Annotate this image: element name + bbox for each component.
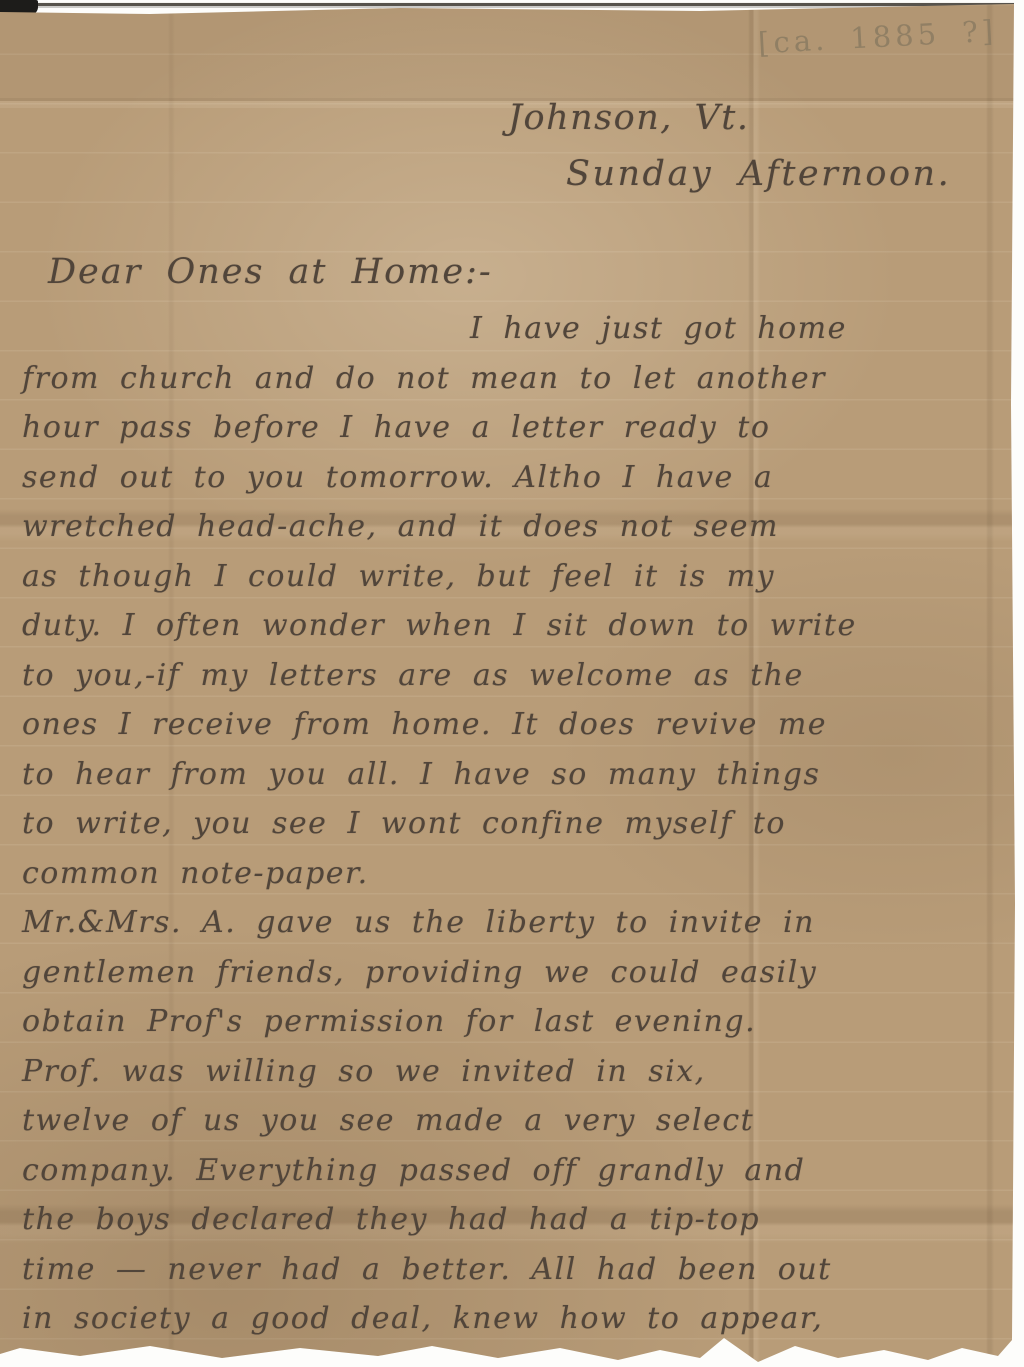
letter-place-line: Johnson, Vt. — [508, 98, 749, 138]
letter-line: twelve of us you see made a very select — [22, 1096, 1002, 1146]
letter-line: send out to you tomorrow. Altho I have a — [22, 453, 1002, 503]
letter-line: wretched head-ache, and it does not seem — [22, 502, 1002, 552]
letter-paper: [ca. 1885 ?] Johnson, Vt. Sunday Afterno… — [0, 4, 1018, 1367]
letter-line: to hear from you all. I have so many thi… — [22, 750, 1002, 800]
archival-date-annotation: [ca. 1885 ?] — [757, 14, 998, 60]
letter-line: as though I could write, but feel it is … — [22, 552, 1002, 602]
letter-line: the boys declared they had had a tip-top — [22, 1195, 1002, 1245]
letter-line: to write, you see I wont confine myself … — [22, 799, 1002, 849]
letter-line: Mr.&Mrs. A. gave us the liberty to invit… — [22, 898, 1002, 948]
letter-line: to you,-if my letters are as welcome as … — [22, 651, 1002, 701]
scanned-letter-page: [ca. 1885 ?] Johnson, Vt. Sunday Afterno… — [0, 0, 1024, 1367]
letter-body: I have just got home from church and do … — [22, 304, 1002, 1344]
letter-line: ones I receive from home. It does revive… — [22, 700, 1002, 750]
letter-line: gentlemen friends, providing we could ea… — [22, 948, 1002, 998]
letter-line: in society a good deal, knew how to appe… — [22, 1294, 1002, 1344]
letter-line: obtain Prof's permission for last evenin… — [22, 997, 1002, 1047]
letter-line: common note-paper. — [22, 849, 1002, 899]
letter-line: I have just got home — [22, 304, 1002, 354]
letter-date-line: Sunday Afternoon. — [566, 154, 951, 194]
letter-line: Prof. was willing so we invited in six, — [22, 1047, 1002, 1097]
letter-line: company. Everything passed off grandly a… — [22, 1146, 1002, 1196]
letter-line: time — never had a better. All had been … — [22, 1245, 1002, 1295]
letter-salutation: Dear Ones at Home:- — [48, 252, 493, 292]
scan-top-edge — [30, 2, 1014, 8]
letter-line: duty. I often wonder when I sit down to … — [22, 601, 1002, 651]
letter-line: from church and do not mean to let anoth… — [22, 354, 1002, 404]
letter-line: hour pass before I have a letter ready t… — [22, 403, 1002, 453]
